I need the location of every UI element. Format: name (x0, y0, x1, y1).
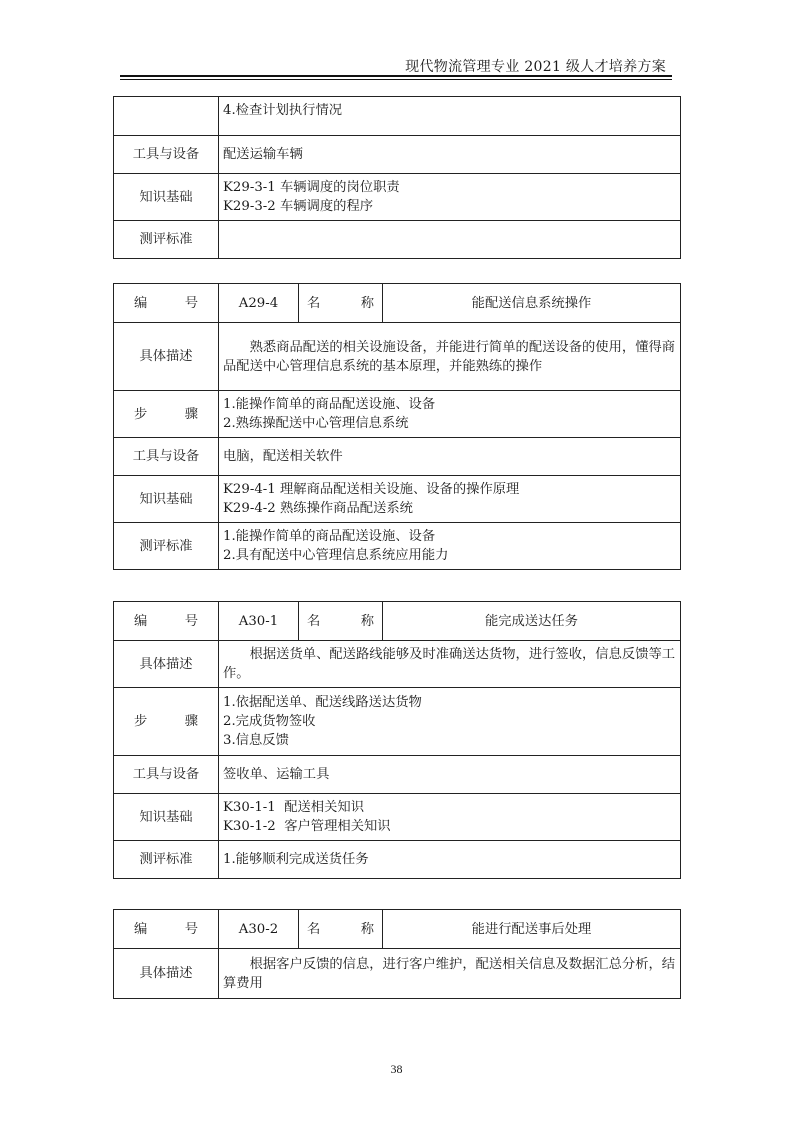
knowledge-item: K30-1-1 配送相关知识 (223, 798, 676, 817)
name-label: 名 称 (299, 602, 383, 641)
table-row-header: 编 号 A30-2 名 称 能进行配送事后处理 (114, 910, 681, 949)
page-number: 38 (0, 1062, 793, 1077)
header-rule-thin (120, 79, 672, 80)
knowledge-item: K30-1-2 客户管理相关知识 (223, 817, 676, 836)
id-label: 编 号 (114, 284, 219, 323)
evaluation-label: 测评标准 (114, 841, 219, 879)
name-label: 名 称 (299, 284, 383, 323)
description-label: 具体描述 (114, 949, 219, 999)
knowledge-item: K29-4-1 理解商品配送相关设施、设备的操作原理 (223, 480, 676, 499)
table-row-header: 编 号 A29-4 名 称 能配送信息系统操作 (114, 284, 681, 323)
id-label: 编 号 (114, 910, 219, 949)
table-row-knowledge: 知识基础 K29-4-1 理解商品配送相关设施、设备的操作原理 K29-4-2 … (114, 476, 681, 523)
task-id: A30-1 (219, 602, 299, 641)
task-id: A30-2 (219, 910, 299, 949)
table-row-knowledge: 知识基础 K29-3-1 车辆调度的岗位职责 K29-3-2 车辆调度的程序 (114, 174, 681, 221)
steps-value: 1.依据配送单、配送线路送达货物 2.完成货物签收 3.信息反馈 (219, 688, 681, 756)
table-row-evaluation: 测评标准 1.能够顺利完成送货任务 (114, 841, 681, 879)
description-value: 根据客户反馈的信息，进行客户维护，配送相关信息及数据汇总分析，结算费用 (219, 949, 681, 999)
task-table-a30-2: 编 号 A30-2 名 称 能进行配送事后处理 具体描述 根据客户反馈的信息，进… (113, 909, 681, 999)
steps-value: 1.能操作简单的商品配送设施、设备 2.熟练操配送中心管理信息系统 (219, 391, 681, 438)
knowledge-label: 知识基础 (114, 174, 219, 221)
knowledge-item: K29-3-1 车辆调度的岗位职责 (223, 178, 676, 197)
tools-label: 工具与设备 (114, 136, 219, 174)
evaluation-label: 测评标准 (114, 221, 219, 259)
table-row-steps: 4.检查计划执行情况 (114, 97, 681, 136)
document-title: 现代物流管理专业 2021 级人才培养方案 (405, 56, 666, 76)
table-row-description: 具体描述 熟悉商品配送的相关设施设备，并能进行简单的配送设备的使用，懂得商品配送… (114, 323, 681, 391)
evaluation-label: 测评标准 (114, 523, 219, 570)
knowledge-value: K29-3-1 车辆调度的岗位职责 K29-3-2 车辆调度的程序 (219, 174, 681, 221)
task-table-a30-1: 编 号 A30-1 名 称 能完成送达任务 具体描述 根据送货单、配送路线能够及… (113, 601, 681, 879)
table-row-steps: 步 骤 1.能操作简单的商品配送设施、设备 2.熟练操配送中心管理信息系统 (114, 391, 681, 438)
step-item: 2.熟练操配送中心管理信息系统 (223, 414, 676, 433)
evaluation-item: 2.具有配送中心管理信息系统应用能力 (223, 546, 676, 565)
tools-value: 签收单、运输工具 (219, 756, 681, 794)
table-row-description: 具体描述 根据客户反馈的信息，进行客户维护，配送相关信息及数据汇总分析，结算费用 (114, 949, 681, 999)
table-row-description: 具体描述 根据送货单、配送路线能够及时准确送达货物，进行签收，信息反馈等工作。 (114, 641, 681, 688)
description-label: 具体描述 (114, 641, 219, 688)
evaluation-item: 1.能操作简单的商品配送设施、设备 (223, 527, 676, 546)
knowledge-item: K29-4-2 熟练操作商品配送系统 (223, 499, 676, 518)
task-id: A29-4 (219, 284, 299, 323)
step-item: 1.依据配送单、配送线路送达货物 (223, 693, 676, 712)
table-row-evaluation: 测评标准 (114, 221, 681, 259)
table-row-tools: 工具与设备 配送运输车辆 (114, 136, 681, 174)
steps-label (114, 97, 219, 136)
table-row-knowledge: 知识基础 K30-1-1 配送相关知识 K30-1-2 客户管理相关知识 (114, 794, 681, 841)
step-item: 3.信息反馈 (223, 731, 676, 750)
header-rule (120, 75, 672, 77)
steps-label: 步 骤 (114, 688, 219, 756)
task-name: 能进行配送事后处理 (383, 910, 681, 949)
knowledge-label: 知识基础 (114, 476, 219, 523)
table-row-header: 编 号 A30-1 名 称 能完成送达任务 (114, 602, 681, 641)
table-row-tools: 工具与设备 签收单、运输工具 (114, 756, 681, 794)
table-row-steps: 步 骤 1.依据配送单、配送线路送达货物 2.完成货物签收 3.信息反馈 (114, 688, 681, 756)
table-row-tools: 工具与设备 电脑，配送相关软件 (114, 438, 681, 476)
evaluation-value: 1.能够顺利完成送货任务 (219, 841, 681, 879)
tools-label: 工具与设备 (114, 438, 219, 476)
step-item: 1.能操作简单的商品配送设施、设备 (223, 395, 676, 414)
evaluation-item: 1.能够顺利完成送货任务 (223, 850, 676, 869)
tools-label: 工具与设备 (114, 756, 219, 794)
task-table-a29-3-continued: 4.检查计划执行情况 工具与设备 配送运输车辆 知识基础 K29-3-1 车辆调… (113, 96, 681, 259)
knowledge-value: K30-1-1 配送相关知识 K30-1-2 客户管理相关知识 (219, 794, 681, 841)
evaluation-value: 1.能操作简单的商品配送设施、设备 2.具有配送中心管理信息系统应用能力 (219, 523, 681, 570)
evaluation-value (219, 221, 681, 259)
steps-label: 步 骤 (114, 391, 219, 438)
steps-value: 4.检查计划执行情况 (219, 97, 681, 136)
task-name: 能完成送达任务 (383, 602, 681, 641)
description-value: 熟悉商品配送的相关设施设备，并能进行简单的配送设备的使用，懂得商品配送中心管理信… (219, 323, 681, 391)
tools-value: 配送运输车辆 (219, 136, 681, 174)
name-label: 名 称 (299, 910, 383, 949)
step-item: 2.完成货物签收 (223, 712, 676, 731)
knowledge-value: K29-4-1 理解商品配送相关设施、设备的操作原理 K29-4-2 熟练操作商… (219, 476, 681, 523)
page-header: 现代物流管理专业 2021 级人才培养方案 (120, 56, 672, 80)
knowledge-item: K29-3-2 车辆调度的程序 (223, 197, 676, 216)
tools-value: 电脑，配送相关软件 (219, 438, 681, 476)
table-row-evaluation: 测评标准 1.能操作简单的商品配送设施、设备 2.具有配送中心管理信息系统应用能… (114, 523, 681, 570)
description-value: 根据送货单、配送路线能够及时准确送达货物，进行签收，信息反馈等工作。 (219, 641, 681, 688)
task-table-a29-4: 编 号 A29-4 名 称 能配送信息系统操作 具体描述 熟悉商品配送的相关设施… (113, 283, 681, 570)
description-label: 具体描述 (114, 323, 219, 391)
task-name: 能配送信息系统操作 (383, 284, 681, 323)
knowledge-label: 知识基础 (114, 794, 219, 841)
id-label: 编 号 (114, 602, 219, 641)
